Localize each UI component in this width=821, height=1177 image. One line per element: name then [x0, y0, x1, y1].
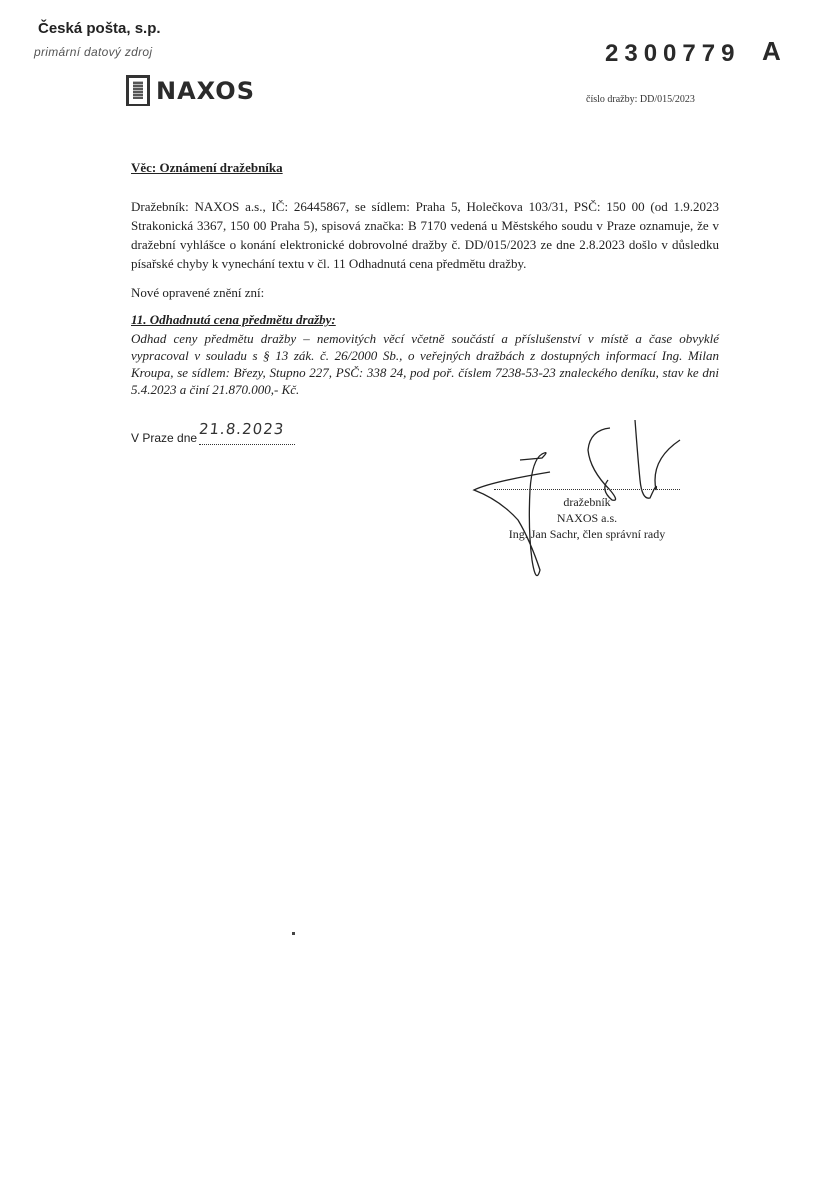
- section-text: Odhad ceny předmětu dražby – nemovitých …: [131, 330, 719, 398]
- section-heading: 11. Odhadnutá cena předmětu dražby:: [131, 312, 336, 328]
- post-stamp-title: Česká pošta, s.p.: [38, 20, 161, 37]
- post-stamp-subtitle: primární datový zdroj: [34, 45, 152, 59]
- company-logo: NAXOS: [126, 75, 255, 106]
- signature-line: [494, 489, 680, 490]
- date-field: 21.8.2023: [199, 430, 295, 445]
- logo-text: NAXOS: [156, 77, 255, 105]
- signer-name: Ing. Jan Sachr, člen správní rady: [494, 526, 680, 542]
- auction-number: číslo dražby: DD/015/2023: [586, 94, 695, 105]
- place-label: V Praze dne: [131, 431, 197, 445]
- subject-line: Věc: Oznámení dražebníka: [131, 160, 283, 176]
- naxos-logo-icon: [126, 75, 150, 106]
- body-paragraph-2: Nové opravené znění zní:: [131, 283, 719, 302]
- handwritten-date: 21.8.2023: [198, 420, 285, 438]
- signature-block: dražebník NAXOS a.s. Ing. Jan Sachr, čle…: [494, 494, 680, 542]
- reference-number: 2300779: [605, 40, 740, 68]
- body-paragraph-1: Dražebník: NAXOS a.s., IČ: 26445867, se …: [131, 197, 719, 273]
- signer-role: dražebník: [494, 494, 680, 510]
- scan-speck: [292, 932, 295, 935]
- reference-suffix: A: [762, 36, 781, 67]
- signer-company: NAXOS a.s.: [494, 510, 680, 526]
- place-and-date: V Praze dne 21.8.2023: [131, 430, 295, 445]
